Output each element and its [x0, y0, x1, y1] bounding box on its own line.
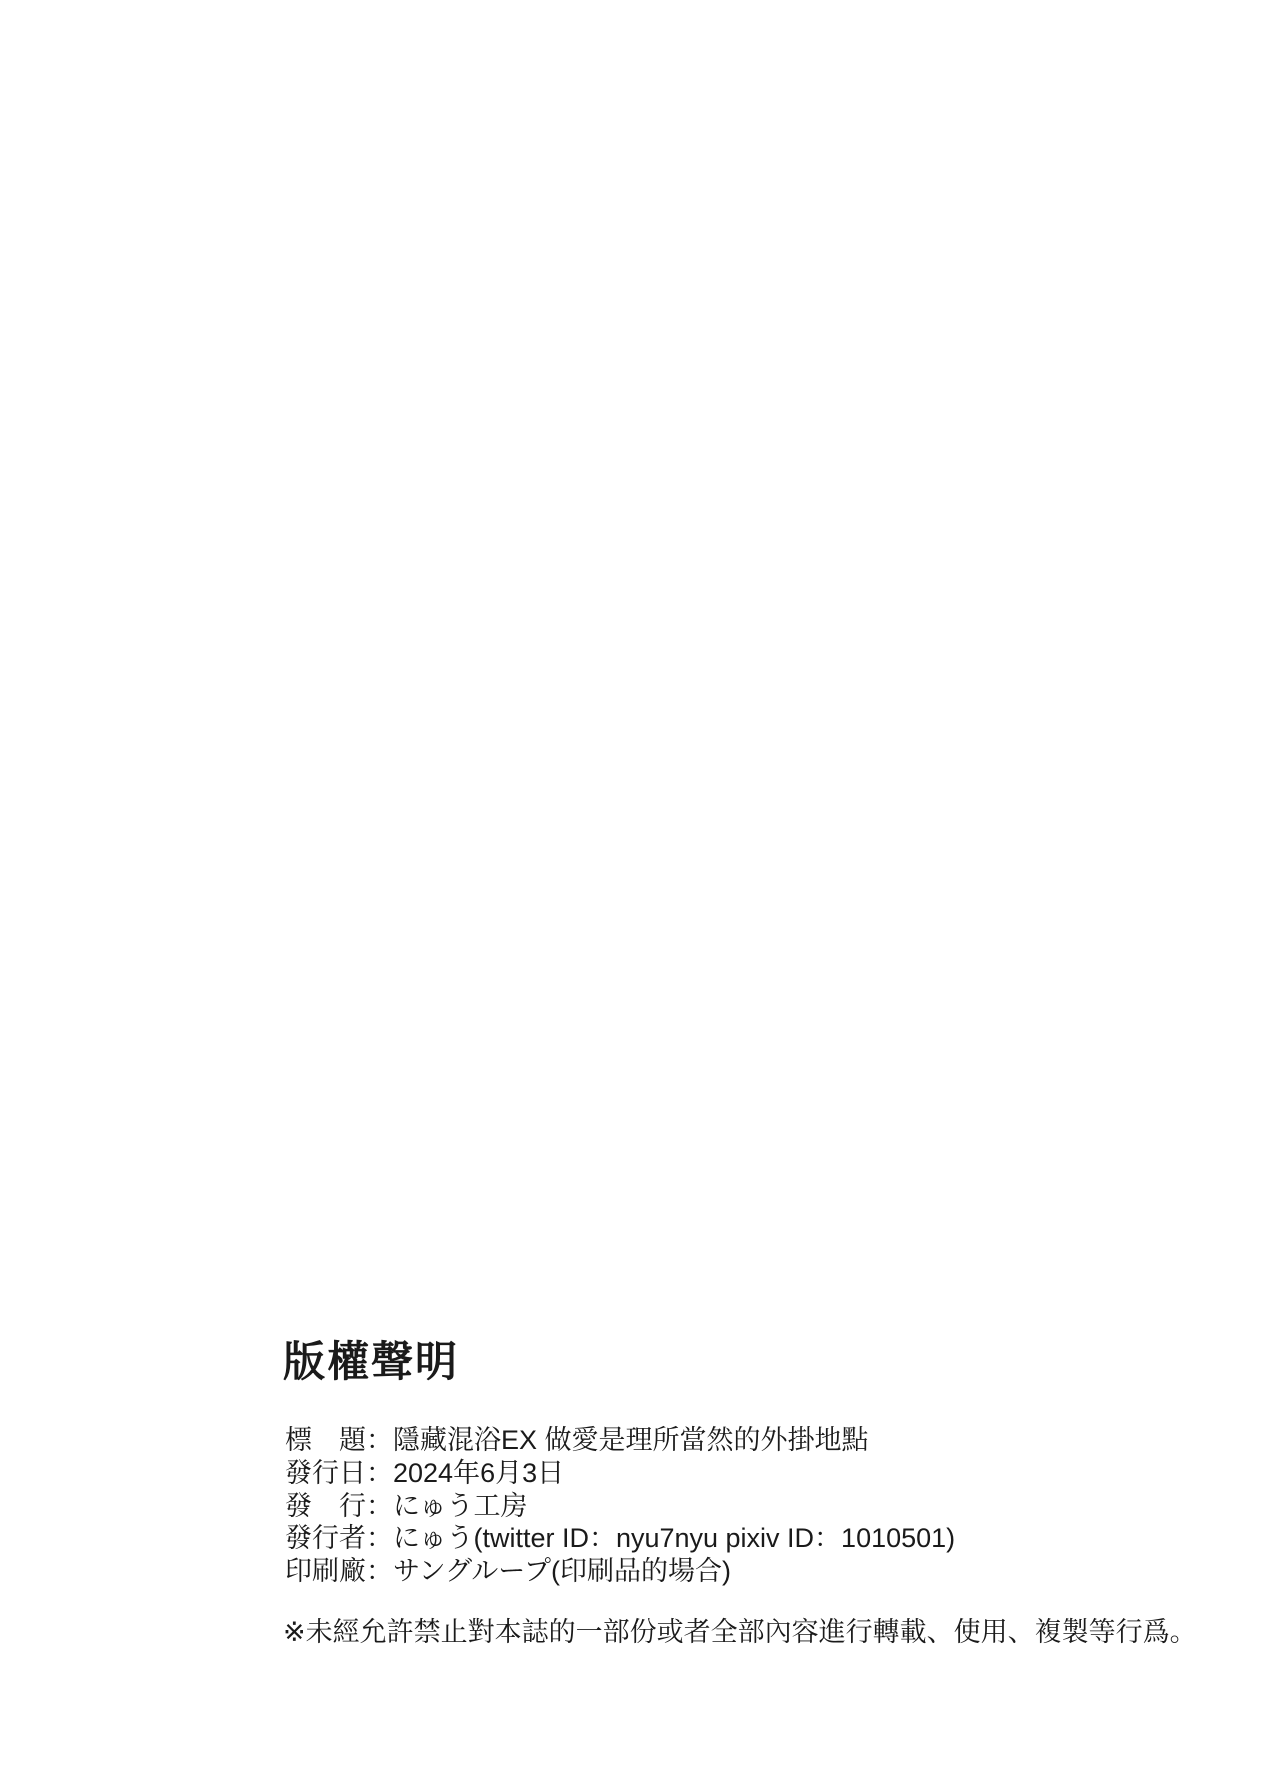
copyright-notice: ※未經允許禁止對本誌的一部份或者全部內容進行轉載、使用、複製等行爲。 — [283, 1616, 1197, 1648]
colophon-page: 版權聲明 標 題：隱藏混浴EX 做愛是理所當然的外掛地點 發行日：2024年6月… — [0, 0, 1280, 1781]
colophon-line-publish-date: 發行日：2024年6月3日 — [285, 1457, 564, 1489]
colophon-line-author: 發行者：にゅう(twitter ID：nyu7nyu pixiv ID：1010… — [285, 1522, 955, 1554]
colophon-line-publisher-circle: 發 行：にゅう工房 — [285, 1490, 527, 1522]
colophon-line-printer: 印刷廠：サングループ(印刷品的場合) — [285, 1555, 731, 1587]
colophon-line-title: 標 題：隱藏混浴EX 做愛是理所當然的外掛地點 — [285, 1424, 869, 1456]
colophon-heading: 版權聲明 — [283, 1338, 459, 1386]
